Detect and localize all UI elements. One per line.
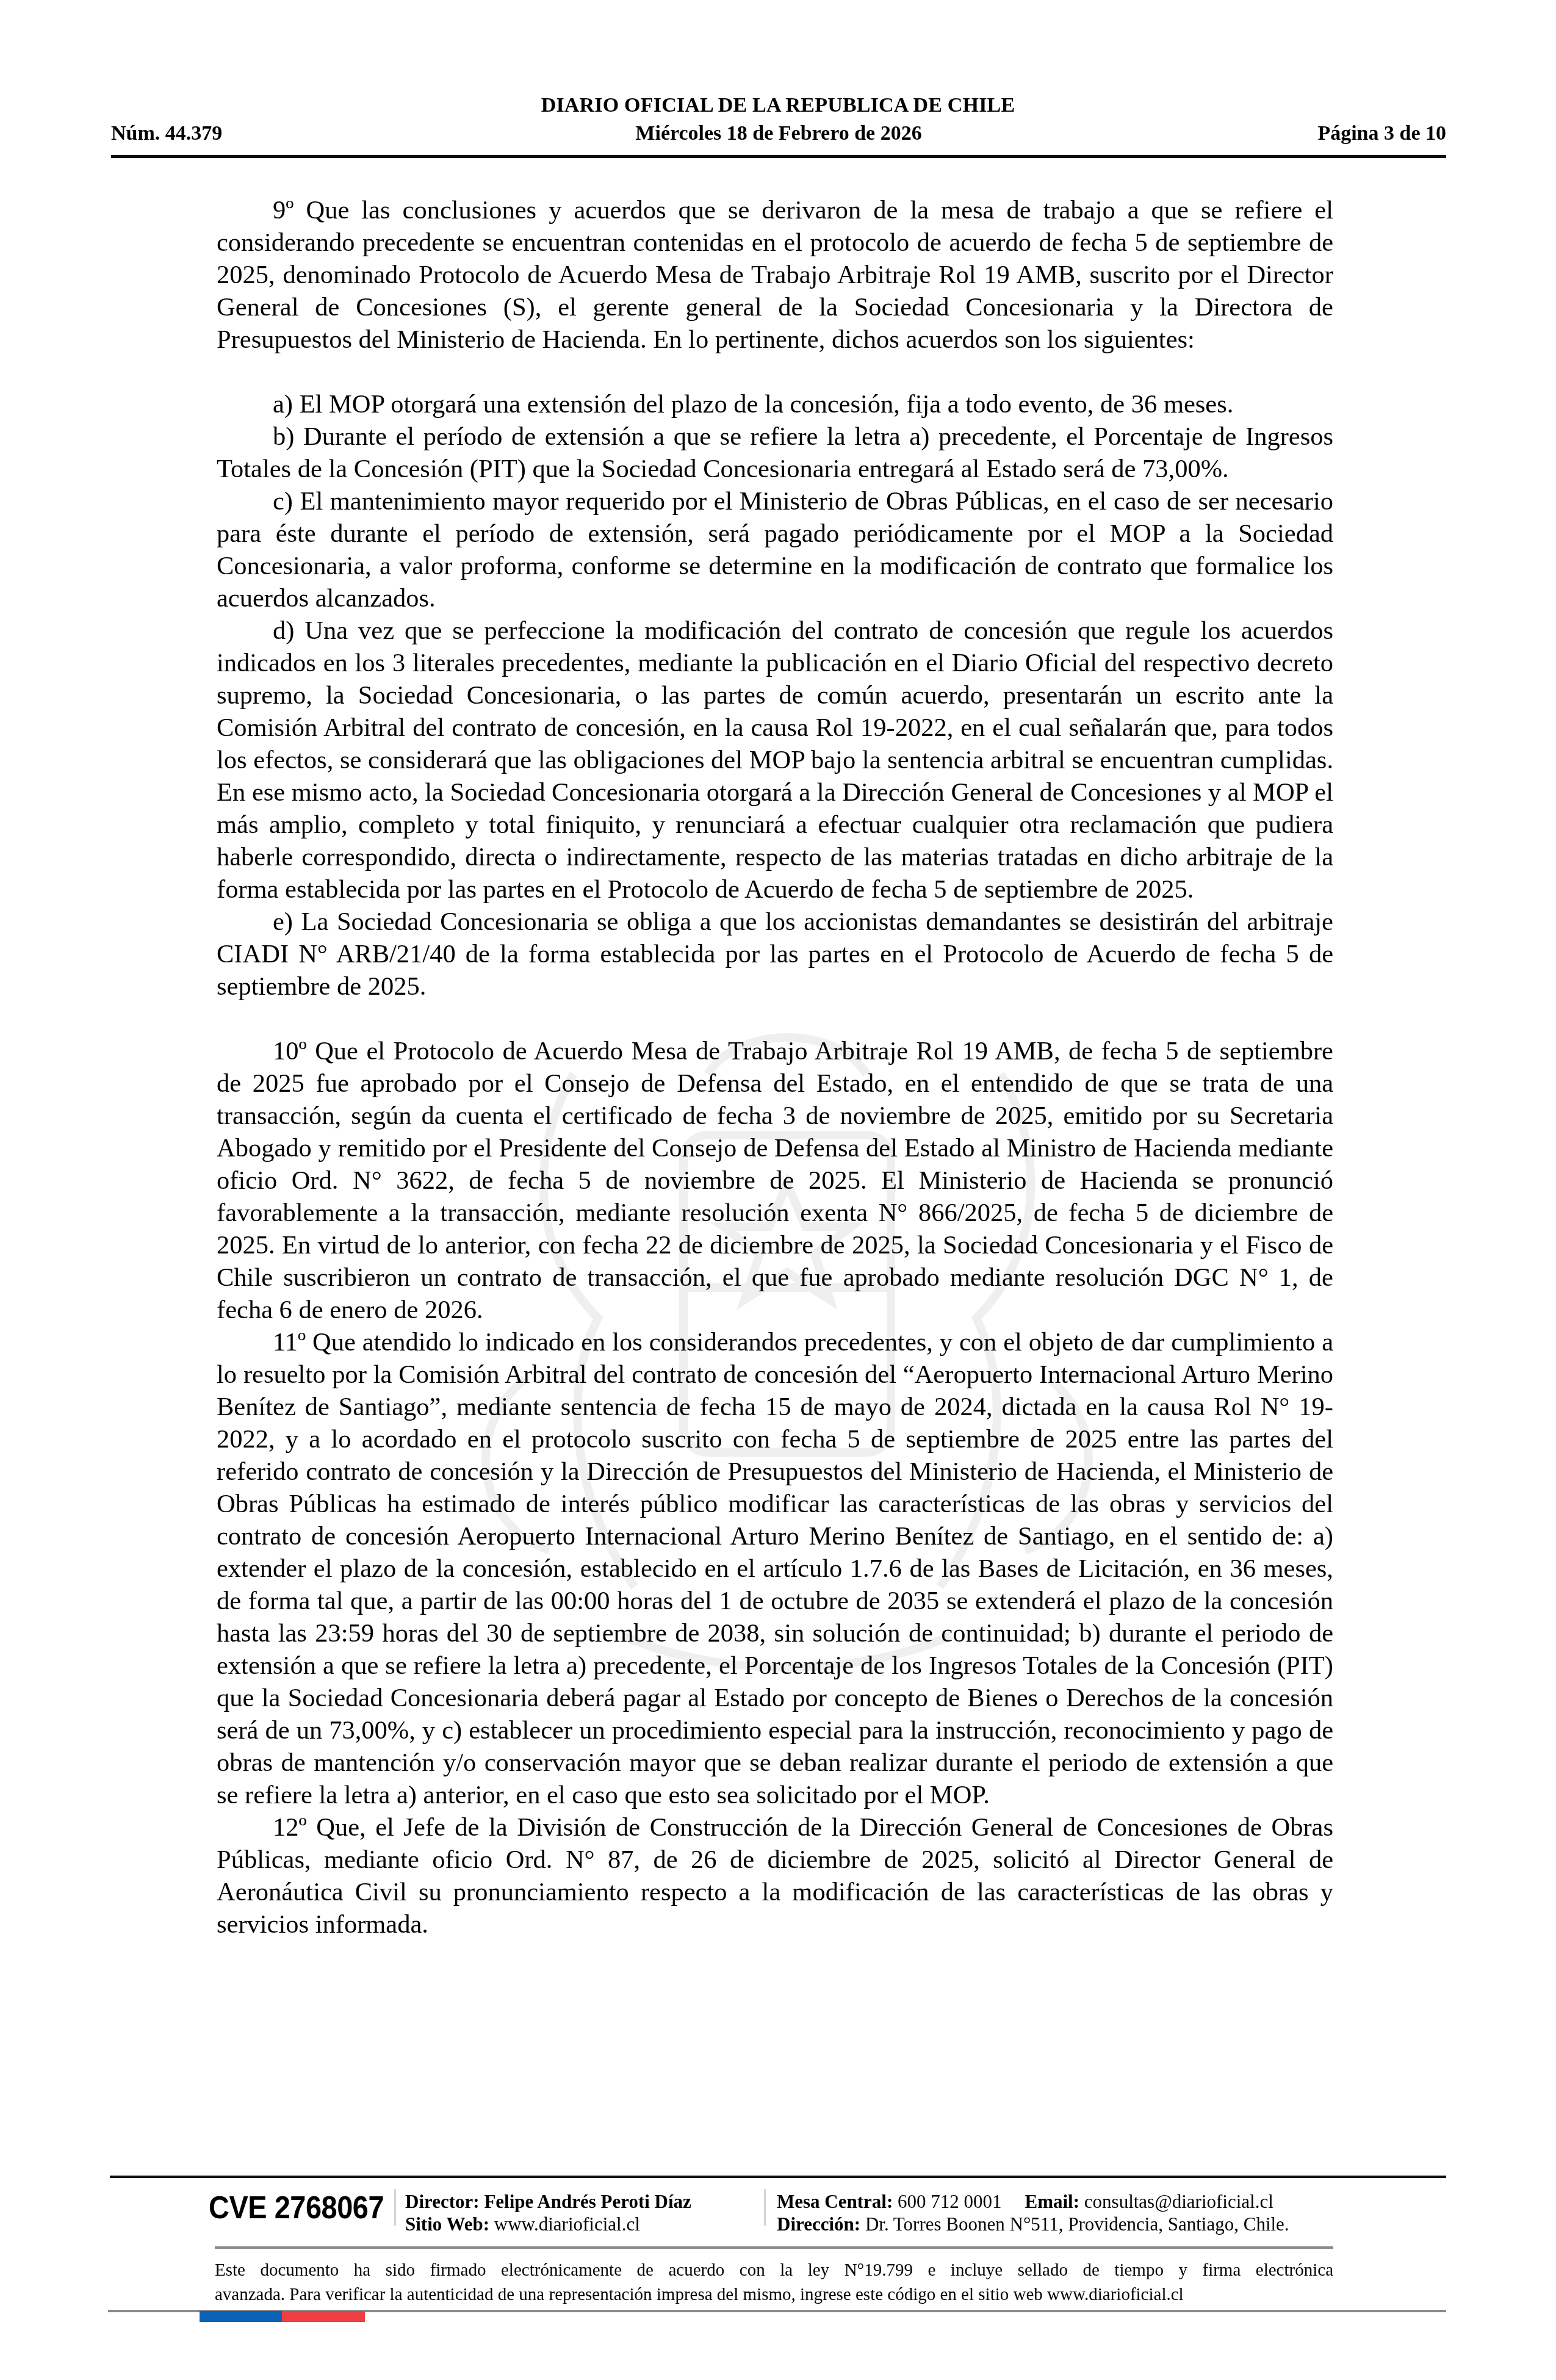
paragraph-considerando-10: 10º Que el Protocolo de Acuerdo Mesa de … (217, 1035, 1333, 1326)
footer-column-divider (764, 2189, 766, 2226)
footer-column-divider (394, 2189, 396, 2226)
footer-inner-divider (215, 2246, 1333, 2249)
footer-contact-block: Mesa Central: 600 712 0001Email: consult… (777, 2190, 1289, 2235)
email-label: Email: (1025, 2191, 1080, 2212)
issue-date: Miércoles 18 de Febrero de 2026 (111, 122, 1446, 145)
header-divider (111, 155, 1446, 158)
address-label: Dirección: (777, 2213, 860, 2235)
address-value: Dr. Torres Boonen N°511, Providencia, Sa… (865, 2213, 1289, 2235)
page-indicator: Página 3 de 10 (1317, 122, 1446, 145)
footer-divider (110, 2176, 1446, 2178)
header-meta-row: Núm. 44.379 Miércoles 18 de Febrero de 2… (111, 122, 1446, 148)
paragraph-considerando-12: 12º Que, el Jefe de la División de Const… (217, 1811, 1333, 1941)
paragraph-item-b: b) Durante el período de extensión a que… (217, 420, 1333, 485)
document-body: 9º Que las conclusiones y acuerdos que s… (217, 194, 1333, 1941)
legal-notice-line-2: avanzada. Para verificar la autenticidad… (215, 2282, 1333, 2307)
flag-stripe-blue-icon (200, 2311, 282, 2322)
phone-number: 600 712 0001 (898, 2191, 1002, 2212)
phone-label: Mesa Central: (777, 2191, 893, 2212)
paragraph-considerando-9: 9º Que las conclusiones y acuerdos que s… (217, 194, 1333, 356)
legal-notice-line-1: Este documento ha sido firmado electróni… (215, 2258, 1333, 2282)
footer-director-block: Director: Felipe Andrés Peroti Díaz Siti… (405, 2190, 691, 2235)
director-label: Director: (405, 2191, 480, 2212)
cve-code: CVE 2768067 (209, 2190, 384, 2226)
paragraph-item-e: e) La Sociedad Concesionaria se obliga a… (217, 906, 1333, 1003)
flag-stripe-red-icon (282, 2311, 365, 2322)
paragraph-considerando-11: 11º Que atendido lo indicado en los cons… (217, 1326, 1333, 1811)
electronic-signature-notice: Este documento ha sido firmado electróni… (215, 2258, 1333, 2307)
newspaper-title: DIARIO OFICIAL DE LA REPUBLICA DE CHILE (0, 94, 1556, 117)
director-name: Felipe Andrés Peroti Díaz (484, 2191, 691, 2212)
paragraph-item-a: a) El MOP otorgará una extensión del pla… (217, 388, 1333, 420)
paragraph-item-d: d) Una vez que se perfeccione la modific… (217, 615, 1333, 906)
paragraph-item-c: c) El mantenimiento mayor requerido por … (217, 485, 1333, 615)
website-link[interactable]: www.diarioficial.cl (494, 2213, 640, 2235)
website-label: Sitio Web: (405, 2213, 489, 2235)
email-link[interactable]: consultas@diarioficial.cl (1084, 2191, 1273, 2212)
